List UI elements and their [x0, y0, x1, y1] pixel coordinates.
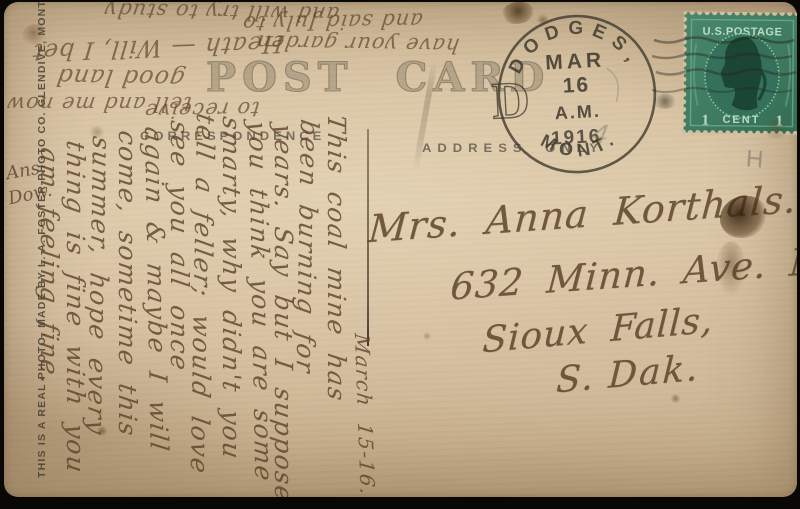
message-line: smarty, why didn't you [217, 115, 246, 462]
photo-of-postcard: { "card": { "title": "POST CARD", "corre… [0, 0, 800, 509]
postmark-killer-letter: D [491, 72, 531, 131]
cross-writing-line: to receive [143, 97, 261, 123]
cancel-lines [652, 20, 797, 120]
postmark: DODGES, MONT. MAR 16 A.M. 1916 D [486, 4, 671, 189]
message-line: again & maybe I will [139, 125, 174, 453]
message-line: thing is fine with you [61, 139, 90, 476]
pencil-letter-mark: H [745, 145, 764, 174]
message-line: come, sometime this [113, 129, 142, 439]
address-state-line: S. Dak. [555, 348, 700, 402]
message-line: This coal mine has [322, 113, 351, 404]
postmark-day: 16 [562, 73, 591, 97]
stain [670, 394, 681, 403]
postmark-month: MAR [545, 49, 606, 75]
pencil-squiggle-mark [607, 68, 619, 103]
address-name-line: Mrs. Anna Korthals. [367, 177, 797, 251]
address-street-line: 632 Minn. Ave. N. [449, 238, 797, 308]
message-date-line: March 15-16. [350, 332, 380, 497]
postcard-back: POST CARD CORRESPONDENCE ADDRESS ONLY TH… [4, 2, 797, 497]
cross-writing-line: good land [54, 63, 187, 93]
stain [422, 332, 432, 340]
cross-writing-line: have your garden [254, 30, 461, 57]
